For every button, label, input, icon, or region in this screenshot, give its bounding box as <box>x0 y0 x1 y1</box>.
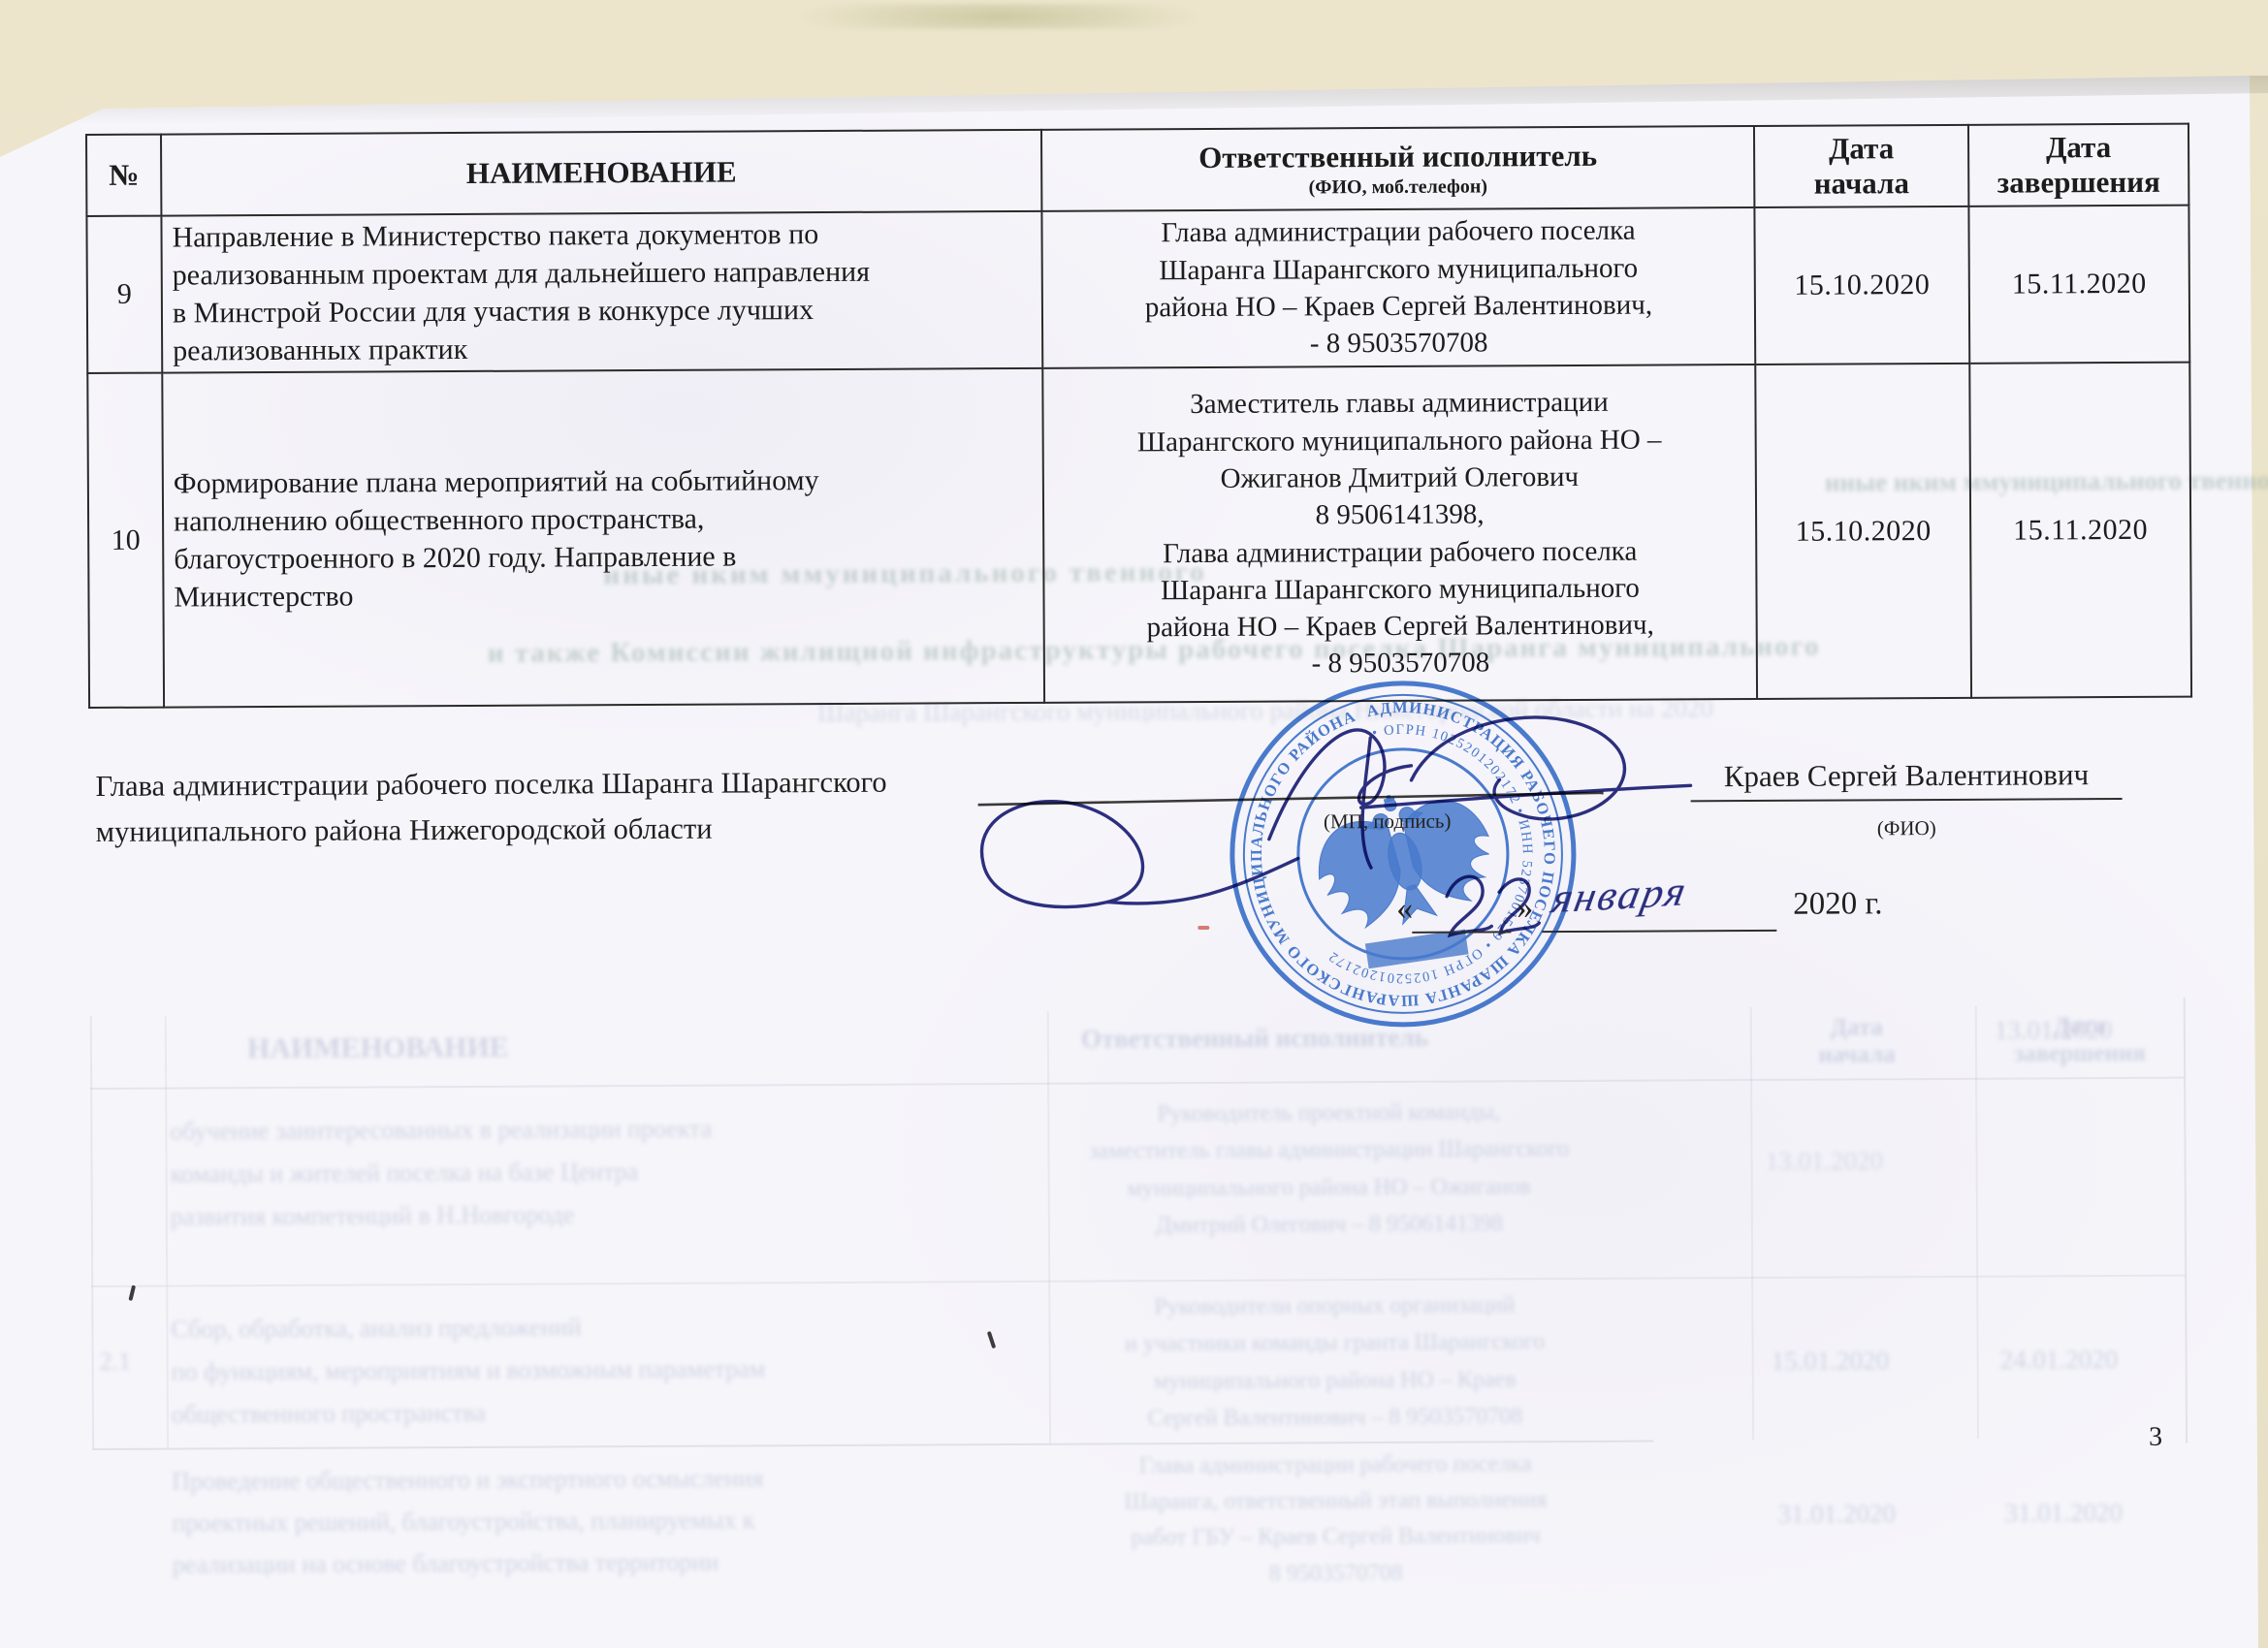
row-number: 9 <box>86 216 162 373</box>
ink-mark <box>987 1331 996 1348</box>
col-header-num: № <box>86 135 161 216</box>
ghost-row-text: Сбор, обработка, анализ предложений по ф… <box>171 1304 967 1437</box>
col-header-executor: Ответственный исполнитель (ФИО, моб.теле… <box>1041 126 1754 211</box>
row-executor: Заместитель главы администрации Шарангск… <box>1042 364 1757 703</box>
ghost-row-text: Руководители опорных организаций и участ… <box>1063 1286 1607 1438</box>
row-date-end: 15.11.2020 <box>1968 206 2189 364</box>
table-header-row: № НАИМЕНОВАНИЕ Ответственный исполнитель… <box>86 124 2188 216</box>
ghost-date: 15.01.2020 <box>1772 1346 1890 1377</box>
ghost-rule <box>165 1016 169 1448</box>
col-header-date-end: Дата завершения <box>1968 124 2188 206</box>
ghost-rule <box>2184 998 2188 1443</box>
ghost-date: 13.01.2020 <box>1995 1015 2113 1046</box>
ghost-date: 13.01.2020 <box>1765 1146 1883 1177</box>
signatory-fio: Краев Сергей Валентинович <box>1690 757 2122 802</box>
quote-close: » <box>1517 890 1533 927</box>
col-header-executor-title: Ответственный исполнитель <box>1198 138 1597 174</box>
ghost-row-text: Проведение общественного и экспертного о… <box>172 1457 1026 1586</box>
ghost-rule <box>92 1441 1653 1450</box>
ghost-rule <box>91 1275 2186 1287</box>
row-date-start: 15.10.2020 <box>1755 364 1971 699</box>
ghost-date: 31.01.2020 <box>1777 1499 1896 1530</box>
ghost-row-text: обучение заинтересованных в реализации п… <box>170 1107 888 1239</box>
ghost-header: НАИМЕНОВАНИЕ <box>247 1031 509 1065</box>
col-header-executor-sub: (ФИО, моб.телефон) <box>1052 174 1743 201</box>
page-number: 3 <box>2126 1422 2185 1453</box>
row-date-end: 15.11.2020 <box>1969 363 2191 698</box>
ghost-row-text: Руководитель проектной команды, заместит… <box>1057 1093 1601 1245</box>
row-date-start: 15.10.2020 <box>1754 206 1969 364</box>
pen-signature <box>914 660 1770 995</box>
year-label: 2020 г. <box>1793 886 1883 922</box>
quote-open: « <box>1396 891 1413 928</box>
table-row: 10 Формирование плана мероприятий на соб… <box>87 363 2191 708</box>
ghost-date: 31.01.2020 <box>2004 1498 2123 1529</box>
plan-table: № НАИМЕНОВАНИЕ Ответственный исполнитель… <box>85 123 2192 709</box>
ghost-rule <box>90 1016 94 1448</box>
scanned-document-page: нные нким ммуниципального твенного нные … <box>0 0 2268 1648</box>
ghost-rule <box>90 1077 2185 1090</box>
page-content: нные нким ммуниципального твенного нные … <box>0 0 2268 1648</box>
handwritten-month: января <box>1548 867 1691 924</box>
ink-mark <box>128 1285 136 1301</box>
row-name: Формирование плана мероприятий на событи… <box>162 368 1044 708</box>
table-row: 9 Направление в Министерство пакета доку… <box>86 206 2189 373</box>
row-executor: Глава администрации рабочего поселка Шар… <box>1041 207 1755 368</box>
ghost-row-num: 2.1 <box>100 1347 132 1377</box>
fio-label: (ФИО) <box>1691 815 2123 841</box>
col-header-date-start: Дата начала <box>1754 125 1968 207</box>
ghost-rule <box>1975 1006 1979 1439</box>
ghost-header: Дата начала <box>1760 1014 1954 1069</box>
ghost-rule <box>1047 1011 1051 1443</box>
row-number: 10 <box>87 373 164 708</box>
col-header-name: НАИМЕНОВАНИЕ <box>161 130 1041 216</box>
ghost-row-text: Глава администрации рабочего поселка Шар… <box>1064 1446 1608 1594</box>
red-pen-mark <box>1198 926 1209 930</box>
ghost-date: 24.01.2020 <box>2000 1345 2119 1376</box>
ghost-rule <box>1750 1007 1754 1440</box>
ghost-header: Дата завершения <box>1983 1013 2177 1068</box>
row-name: Направление в Министерство пакета докуме… <box>161 211 1042 373</box>
